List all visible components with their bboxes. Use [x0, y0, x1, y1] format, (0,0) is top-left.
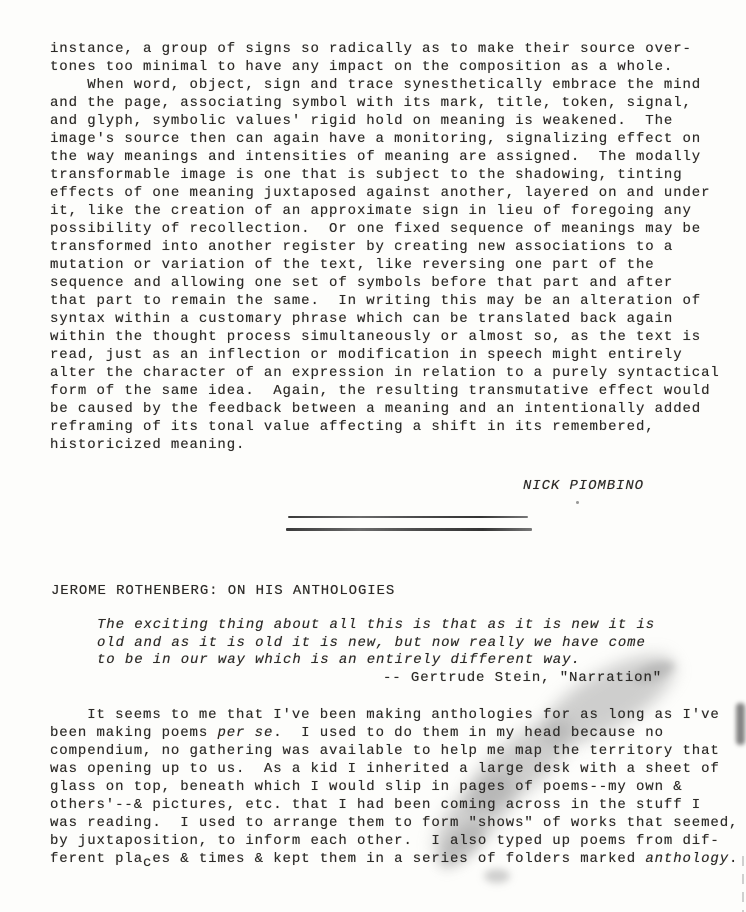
- divider-line-top: [288, 516, 528, 518]
- document-page: instance, a group of signs so radically …: [0, 0, 746, 912]
- rothenberg-paragraph: It seems to me that I've been making ant…: [50, 706, 738, 868]
- epigraph-quote: The exciting thing about all this is tha…: [97, 617, 655, 670]
- ink-speck: [576, 501, 579, 504]
- author-byline: NICK PIOMBINO: [523, 477, 644, 495]
- epigraph-attribution: -- Gertrude Stein, "Narration": [383, 669, 662, 687]
- section-heading: JEROME ROTHENBERG: ON HIS ANTHOLOGIES: [51, 582, 395, 600]
- stain-smudge-5: [484, 869, 510, 883]
- page-edge-dashes: [742, 856, 744, 912]
- essay-body-text: instance, a group of signs so radically …: [50, 40, 720, 454]
- divider-line-bottom: [286, 528, 532, 531]
